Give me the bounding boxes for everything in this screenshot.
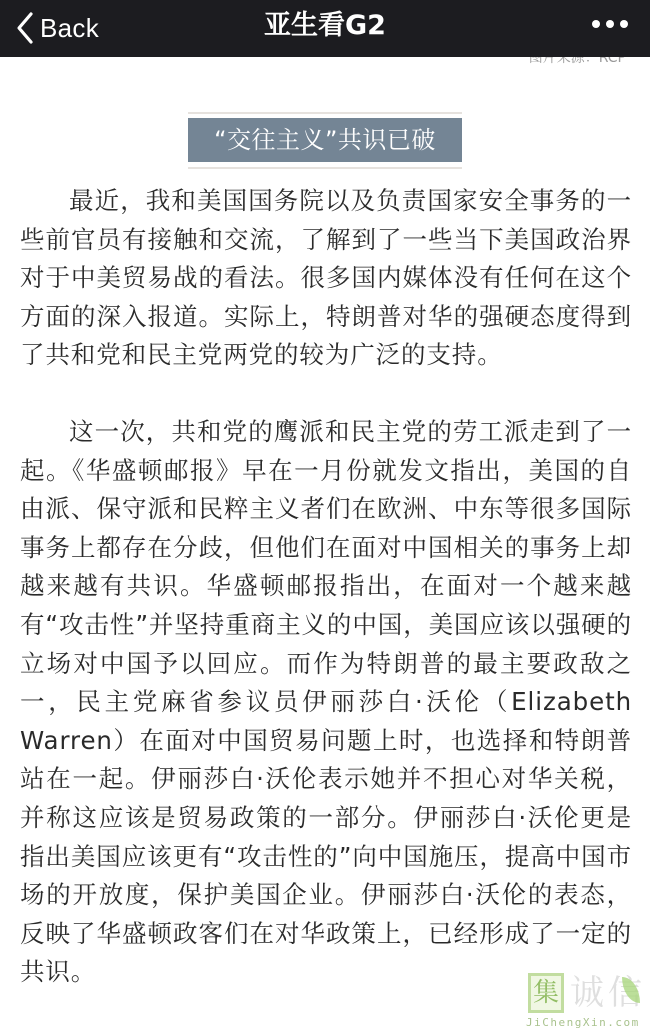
article-paragraph: 这一次，共和党的鹰派和民主党的劳工派走到了一起。《华盛顿邮报》早在一月份就发文指… (20, 413, 632, 992)
article-body: 最近，我和美国国务院以及负责国家安全事务的一些前官员有接触和交流，了解到了一些当… (20, 182, 632, 992)
watermark-char: 诚 (570, 973, 604, 1013)
ellipsis-icon (606, 20, 614, 28)
section-heading-text: “交往主义”共识已破 (188, 118, 462, 162)
article-paragraph: 最近，我和美国国务院以及负责国家安全事务的一些前官员有接触和交流，了解到了一些当… (20, 182, 632, 375)
watermark-url: JiChengXin.com (526, 1016, 640, 1029)
ellipsis-icon (620, 20, 628, 28)
section-heading: “交往主义”共识已破 (188, 112, 462, 169)
more-options-button[interactable] (592, 17, 628, 31)
heading-divider-bottom (188, 167, 462, 169)
watermark-char: 集 (528, 973, 564, 1013)
page-title: 亚生看G2 (0, 6, 650, 46)
navigation-bar: Back 亚生看G2 (0, 0, 650, 57)
watermark-logo: 集 诚 信 JiChengXin.com (522, 971, 648, 1029)
ellipsis-icon (592, 20, 600, 28)
heading-divider-top (188, 112, 462, 114)
